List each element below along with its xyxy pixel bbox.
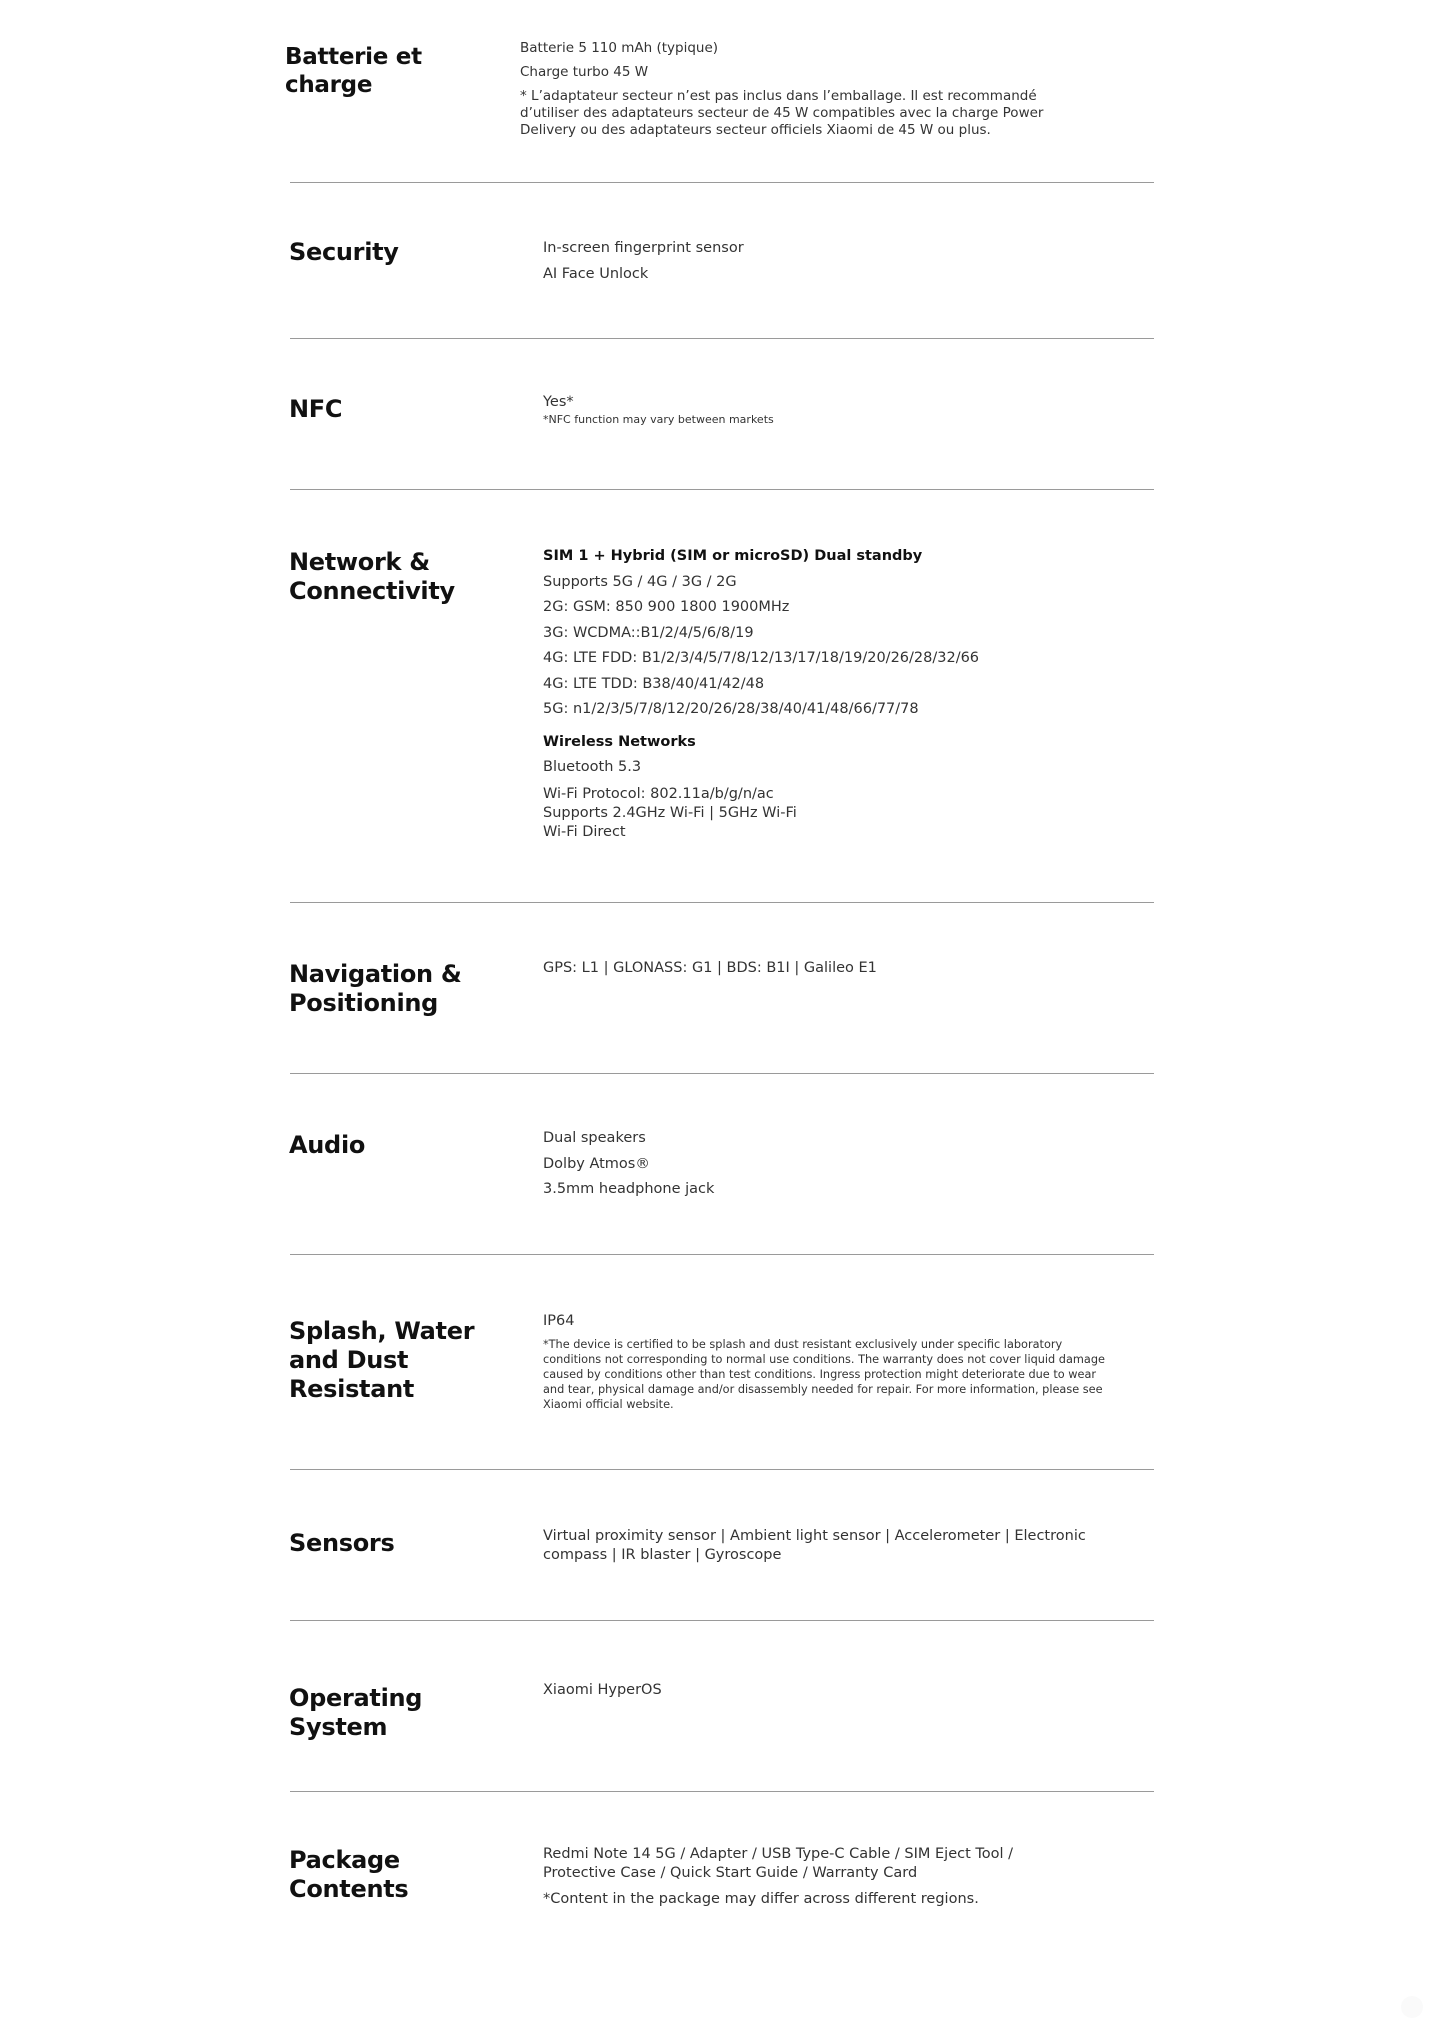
section-divider — [290, 1469, 1154, 1470]
section-title: Operating System — [289, 1684, 489, 1742]
section-body: Virtual proximity sensor | Ambient light… — [543, 1527, 1143, 1565]
section-divider — [290, 902, 1154, 903]
spec-line: Batterie 5 110 mAh (typique) — [520, 36, 1120, 60]
section-body: Batterie 5 110 mAh (typique) Charge turb… — [520, 36, 1120, 139]
spec-line: 5G: n1/2/3/5/7/8/12/20/26/28/38/40/41/48… — [543, 697, 1143, 723]
section-body: Xiaomi HyperOS — [543, 1678, 1143, 1704]
spec-line: Bluetooth 5.3 — [543, 755, 1143, 781]
spec-line: Wi-Fi Protocol: 802.11a/b/g/n/ac — [543, 785, 1143, 804]
spec-note: *Content in the package may differ acros… — [543, 1887, 1143, 1913]
section-title: Navigation & Positioning — [289, 960, 489, 1018]
spec-line: Virtual proximity sensor | Ambient light… — [543, 1527, 1103, 1565]
section-title: Splash, Water and Dust Resistant — [289, 1317, 489, 1404]
section-title: Sensors — [289, 1529, 489, 1558]
spec-note: *The device is certified to be splash an… — [543, 1337, 1118, 1412]
section-body: Dual speakers Dolby Atmos® 3.5mm headpho… — [543, 1126, 1143, 1203]
spec-line: Supports 5G / 4G / 3G / 2G — [543, 570, 1143, 596]
spec-line: 4G: LTE TDD: B38/40/41/42/48 — [543, 672, 1143, 698]
section-body: IP64 *The device is certified to be spla… — [543, 1309, 1143, 1412]
section-body: Yes* *NFC function may vary between mark… — [543, 390, 1143, 427]
section-body: Redmi Note 14 5G / Adapter / USB Type-C … — [543, 1845, 1143, 1913]
section-body: In-screen fingerprint sensor AI Face Unl… — [543, 236, 1143, 287]
section-divider — [290, 1073, 1154, 1074]
section-divider — [290, 1620, 1154, 1621]
spec-line: Charge turbo 45 W — [520, 60, 1120, 84]
section-divider — [290, 1254, 1154, 1255]
section-divider — [290, 182, 1154, 183]
section-title: Package Contents — [289, 1846, 489, 1904]
section-title: Network & Connectivity — [289, 548, 489, 606]
section-title: Audio — [289, 1131, 489, 1160]
spec-line: Dolby Atmos® — [543, 1152, 1143, 1178]
section-divider — [290, 1791, 1154, 1792]
spec-line: In-screen fingerprint sensor — [543, 236, 1143, 262]
spec-line: 2G: GSM: 850 900 1800 1900MHz — [543, 595, 1143, 621]
section-divider — [290, 489, 1154, 490]
spec-note: * L’adaptateur secteur n’est pas inclus … — [520, 88, 1060, 139]
spec-note: *NFC function may vary between markets — [543, 412, 1143, 427]
wireless-heading: Wireless Networks — [543, 730, 1143, 756]
section-title: Security — [289, 238, 489, 267]
spec-line: Redmi Note 14 5G / Adapter / USB Type-C … — [543, 1845, 1063, 1883]
spec-line: GPS: L1 | GLONASS: G1 | BDS: B1I | Galil… — [543, 956, 1143, 982]
section-body: SIM 1 + Hybrid (SIM or microSD) Dual sta… — [543, 544, 1143, 842]
section-body: GPS: L1 | GLONASS: G1 | BDS: B1I | Galil… — [543, 956, 1143, 982]
spec-line: Xiaomi HyperOS — [543, 1678, 1143, 1704]
sim-heading: SIM 1 + Hybrid (SIM or microSD) Dual sta… — [543, 544, 1143, 570]
spec-line: 4G: LTE FDD: B1/2/3/4/5/7/8/12/13/17/18/… — [543, 646, 1143, 672]
spec-line: Wi-Fi Direct — [543, 823, 1143, 842]
spec-line: 3G: WCDMA::B1/2/4/5/6/8/19 — [543, 621, 1143, 647]
spec-line: IP64 — [543, 1309, 1143, 1335]
section-title: Batterie et charge — [285, 43, 485, 99]
spec-line: 3.5mm headphone jack — [543, 1177, 1143, 1203]
spec-line: Supports 2.4GHz Wi-Fi | 5GHz Wi-Fi — [543, 804, 1143, 823]
spec-line: Dual speakers — [543, 1126, 1143, 1152]
section-title: NFC — [289, 395, 489, 424]
corner-decoration — [1401, 1996, 1423, 2018]
section-divider — [290, 338, 1154, 339]
spec-line: AI Face Unlock — [543, 262, 1143, 288]
